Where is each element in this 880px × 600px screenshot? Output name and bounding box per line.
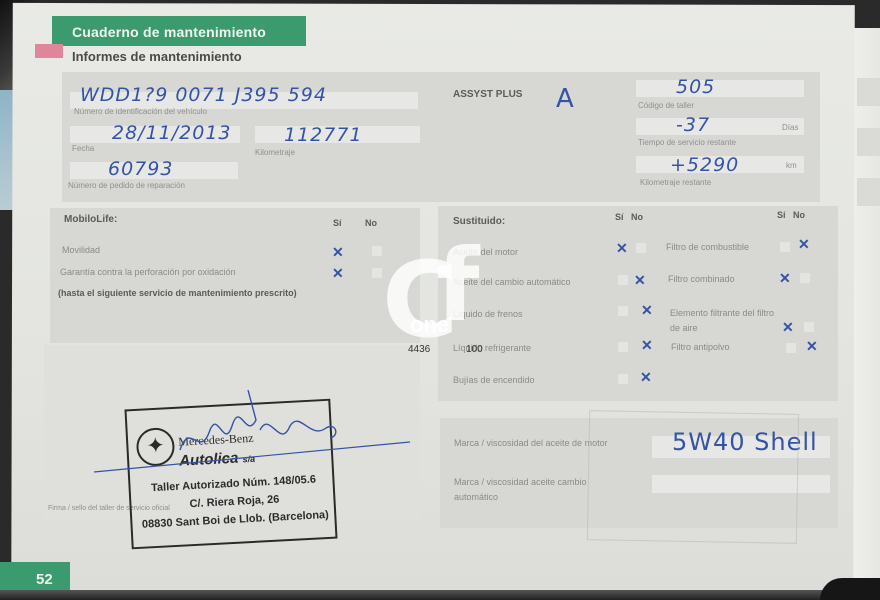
replaced-no-checkbox[interactable] [800,273,810,283]
km-remaining-unit: km [786,161,797,170]
replaced-yes-header-2: Sí [777,210,786,220]
bottom-shadow [0,590,880,600]
replaced-item-label: Líquido de frenos [453,309,523,319]
stamp-company-suffix: s/a [242,454,255,465]
replaced-yes-checkbox[interactable] [618,306,628,316]
replaced-yes-header: Sí [615,212,624,222]
replaced-item-label: Líquido refrigerante [453,343,531,353]
mobilolife-title: MobiloLife: [64,214,117,225]
replaced-yes-check[interactable]: ✕ [782,320,794,334]
mobilolife-yes-header: Sí [333,218,342,228]
replaced-no-header: No [631,212,643,222]
replaced-no-header-2: No [793,210,805,220]
replaced-panel [438,206,838,401]
replaced-item-label: Aceite del motor [453,247,518,257]
replaced-yes-checkbox[interactable] [618,374,628,384]
replaced-item-label: Filtro de combustible [666,242,749,252]
replaced-item-label: Bujías de encendido [453,375,535,385]
assyst-service-value: A [556,84,575,114]
ghost-stamp-impression [587,410,799,544]
engine-oil-label: Marca / viscosidad del aceite de motor [454,438,608,448]
mobilolife-yes-check[interactable]: ✕ [332,266,344,280]
km-remaining-value: +5290 [670,154,739,176]
time-remaining-field [636,118,804,135]
replaced-no-check[interactable]: ✕ [641,338,653,352]
replaced-item-label: Elemento filtrante del filtro de aire [670,306,780,336]
workshop-code-field [636,80,804,97]
mileage-value: 112771 [284,124,363,146]
workshop-code-value: 505 [676,76,715,98]
vin-label: Número de identificación del vehículo [74,107,207,116]
date-value: 28/11/2013 [112,122,232,144]
repair-order-value: 60793 [108,158,173,180]
mercedes-star-icon [136,427,176,467]
time-remaining-unit: Días [782,123,798,132]
replaced-no-check[interactable]: ✕ [798,237,810,251]
mobilolife-item-label: Garantía contra la perforación por oxida… [60,267,236,277]
replaced-title: Sustituido: [453,216,505,227]
mobilolife-no-checkbox[interactable] [372,246,382,256]
time-remaining-value: -37 [676,114,710,136]
replaced-no-check[interactable]: ✕ [640,370,652,384]
workshop-code-label: Código de taller [638,101,694,110]
replaced-yes-check[interactable]: ✕ [616,241,628,255]
replaced-yes-checkbox[interactable] [780,242,790,252]
replaced-yes-check[interactable]: ✕ [779,271,791,285]
document-photo: Cuaderno de mantenimiento Informes de ma… [0,0,880,600]
stamp-brand: Mercedes-Benz [178,431,254,450]
mobilolife-no-header: No [365,218,377,228]
workshop-stamp: Mercedes-Benz Autolica s/a Taller Autori… [124,399,337,550]
stamp-line-3: 08830 Sant Boi de Llob. (Barcelona) [132,508,338,531]
replaced-no-check[interactable]: ✕ [634,273,646,287]
replaced-item-label: Filtro combinado [668,274,735,284]
replaced-no-checkbox[interactable] [636,243,646,253]
mobilolife-note: (hasta el siguiente servicio de mantenim… [58,288,297,298]
date-label: Fecha [72,144,94,153]
mobilolife-item-label: Movilidad [62,245,100,255]
assyst-label: ASSYST PLUS [453,89,522,100]
replaced-no-check[interactable]: ✕ [641,303,653,317]
section-title: Informes de mantenimiento [72,49,242,64]
replaced-item-label: Aceite del cambio automático [453,277,571,287]
replaced-yes-checkbox[interactable] [618,275,628,285]
binding-clip [820,578,880,600]
mobilolife-no-checkbox[interactable] [372,268,382,278]
replaced-no-checkbox[interactable] [804,322,814,332]
stamp-company: Autolica s/a [179,449,256,470]
repair-order-label: Número de pedido de reparación [68,181,185,190]
time-remaining-label: Tiempo de servicio restante [638,138,736,147]
stamp-company-name: Autolica [179,450,239,470]
replaced-no-check[interactable]: ✕ [806,339,818,353]
replaced-yes-checkbox[interactable] [786,343,796,353]
replaced-yes-checkbox[interactable] [618,342,628,352]
mobilolife-yes-check[interactable]: ✕ [332,245,344,259]
replaced-item-label: Filtro antipolvo [671,342,730,352]
km-remaining-label: Kilometraje restante [640,178,711,187]
vin-value: WDD1?9 0071 J395 594 [80,84,327,106]
mileage-label: Kilometraje [255,148,295,157]
booklet-title: Cuaderno de mantenimiento [52,16,306,46]
section-marker [35,44,63,58]
